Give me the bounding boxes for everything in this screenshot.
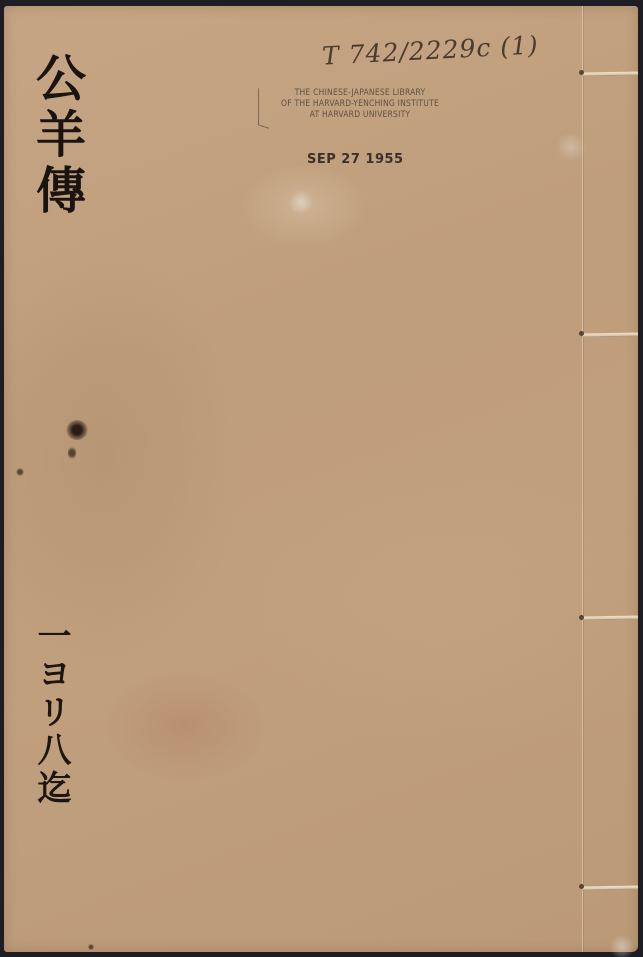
stamp-date: SEP 27 1955 <box>307 152 404 167</box>
call-number: T 742/2229c (1) <box>321 30 539 70</box>
ink-blot <box>16 468 24 476</box>
worn-spot <box>608 936 636 957</box>
cover-title: 公羊傳 <box>32 52 82 220</box>
ink-blot <box>66 420 88 440</box>
stitch-hole <box>579 884 584 889</box>
stamp-line-2: OF THE HARVARD-YENCHING INSTITUTE <box>260 99 460 110</box>
worn-spot <box>288 190 314 214</box>
stitch-hole <box>579 331 584 336</box>
library-stamp: THE CHINESE-JAPANESE LIBRARY OF THE HARV… <box>260 88 460 121</box>
binding-stitch <box>582 886 638 891</box>
stitch-hole <box>579 615 584 620</box>
volume-label: 一ヨリ八迄 <box>34 618 68 808</box>
stitch-hole <box>579 70 584 75</box>
stamp-line-3: AT HARVARD UNIVERSITY <box>260 110 460 121</box>
ink-blot <box>68 446 76 460</box>
stamp-line-1: THE CHINESE-JAPANESE LIBRARY <box>260 88 460 99</box>
book-cover: 公羊傳 一ヨリ八迄 T 742/2229c (1) THE CHINESE-JA… <box>4 6 638 952</box>
worn-spot <box>554 134 588 160</box>
ink-blot <box>88 944 94 950</box>
binding-stitch <box>582 333 638 338</box>
binding-stitch <box>582 72 638 77</box>
binding-stitch <box>582 616 638 621</box>
